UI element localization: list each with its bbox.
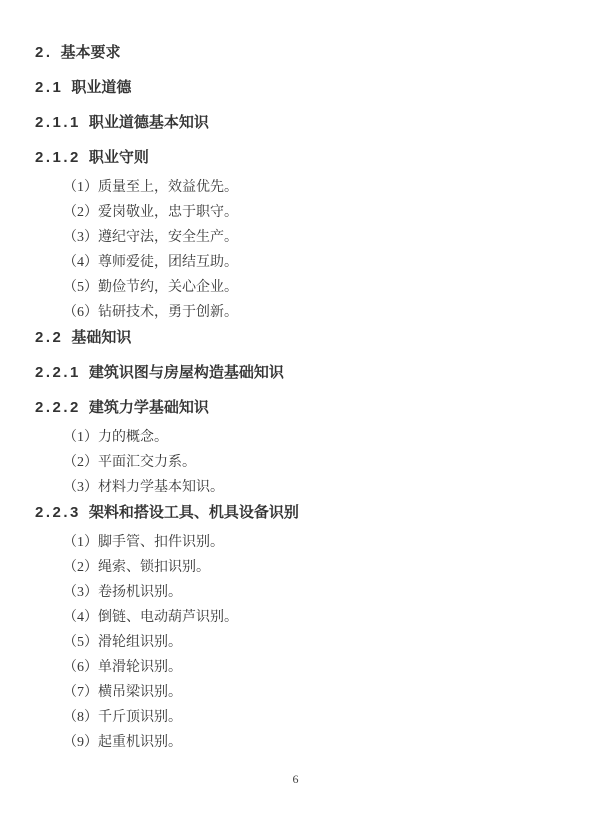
section-number: 2.1: [35, 79, 63, 96]
section-heading-2: 2.基本要求: [35, 45, 551, 60]
clause-item: （3）卷扬机识别。: [63, 585, 551, 600]
clause-item: （1）脚手管、扣件识别。: [63, 535, 551, 550]
section-title: 建筑力学基础知识: [89, 399, 209, 416]
section-title: 基本要求: [61, 44, 121, 61]
clause-item: （4）尊师爱徒，团结互助。: [63, 255, 551, 270]
clause-item: （3）材料力学基本知识。: [63, 480, 551, 495]
clause-item: （5）滑轮组识别。: [63, 635, 551, 650]
clause-list-2-1-2: （1）质量至上，效益优先。 （2）爱岗敬业，忠于职守。 （3）遵纪守法，安全生产…: [35, 180, 551, 320]
document-content: 2.基本要求 2.1职业道德 2.1.1职业道德基本知识 2.1.2职业守则 （…: [0, 0, 591, 750]
section-number: 2.1.2: [35, 149, 81, 166]
page-number: 6: [0, 772, 591, 787]
section-heading-2-1: 2.1职业道德: [35, 80, 551, 95]
clause-item: （2）绳索、锁扣识别。: [63, 560, 551, 575]
clause-item: （2）平面汇交力系。: [63, 455, 551, 470]
section-number: 2.2.2: [35, 399, 81, 416]
clause-item: （6）单滑轮识别。: [63, 660, 551, 675]
clause-item: （9）起重机识别。: [63, 735, 551, 750]
section-heading-2-1-1: 2.1.1职业道德基本知识: [35, 115, 551, 130]
clause-list-2-2-2: （1）力的概念。 （2）平面汇交力系。 （3）材料力学基本知识。: [35, 430, 551, 495]
section-heading-2-2: 2.2基础知识: [35, 330, 551, 345]
section-title: 职业道德基本知识: [89, 114, 209, 131]
section-title: 建筑识图与房屋构造基础知识: [89, 364, 284, 381]
section-number: 2.1.1: [35, 114, 81, 131]
clause-item: （5）勤俭节约，关心企业。: [63, 280, 551, 295]
section-title: 基础知识: [71, 329, 131, 346]
clause-item: （2）爱岗敬业，忠于职守。: [63, 205, 551, 220]
section-heading-2-1-2: 2.1.2职业守则: [35, 150, 551, 165]
section-heading-2-2-1: 2.2.1建筑识图与房屋构造基础知识: [35, 365, 551, 380]
clause-item: （4）倒链、电动葫芦识别。: [63, 610, 551, 625]
clause-list-2-2-3: （1）脚手管、扣件识别。 （2）绳索、锁扣识别。 （3）卷扬机识别。 （4）倒链…: [35, 535, 551, 750]
section-number: 2.2: [35, 329, 63, 346]
section-heading-2-2-3: 2.2.3架料和搭设工具、机具设备识别: [35, 505, 551, 520]
clause-item: （1）质量至上，效益优先。: [63, 180, 551, 195]
section-heading-2-2-2: 2.2.2建筑力学基础知识: [35, 400, 551, 415]
section-number: 2.2.3: [35, 504, 81, 521]
clause-item: （1）力的概念。: [63, 430, 551, 445]
clause-item: （3）遵纪守法，安全生产。: [63, 230, 551, 245]
clause-item: （8）千斤顶识别。: [63, 710, 551, 725]
section-title: 职业守则: [89, 149, 149, 166]
section-title: 架料和搭设工具、机具设备识别: [89, 504, 299, 521]
document-page: 2.基本要求 2.1职业道德 2.1.1职业道德基本知识 2.1.2职业守则 （…: [0, 0, 591, 838]
section-title: 职业道德: [71, 79, 131, 96]
clause-item: （6）钻研技术，勇于创新。: [63, 305, 551, 320]
clause-item: （7）横吊梁识别。: [63, 685, 551, 700]
section-number: 2.: [35, 44, 53, 61]
section-number: 2.2.1: [35, 364, 81, 381]
